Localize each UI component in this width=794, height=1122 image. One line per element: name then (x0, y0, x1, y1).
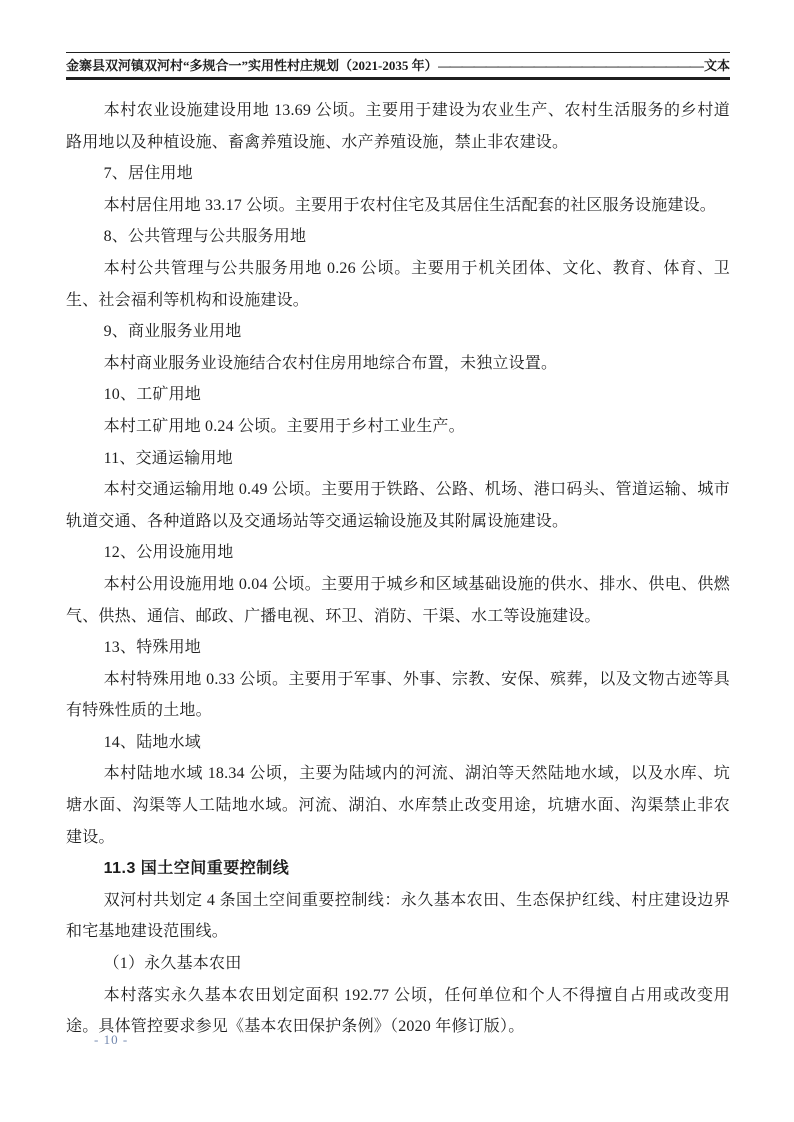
section-subhead: 12、公用设施用地 (66, 537, 730, 569)
page-number: - 10 - (94, 1032, 128, 1048)
section-subhead: 14、陆地水域 (66, 727, 730, 759)
document-body: 本村农业设施建设用地 13.69 公顷。主要用于建设为农业生产、农村生活服务的乡… (66, 95, 730, 1043)
section-subhead: 10、工矿用地 (66, 379, 730, 411)
paragraph: 双河村共划定 4 条国土空间重要控制线：永久基本农田、生态保护红线、村庄建设边界… (66, 885, 730, 948)
section-subhead: 11、交通运输用地 (66, 443, 730, 475)
paragraph: 本村公共管理与公共服务用地 0.26 公顷。主要用于机关团体、文化、教育、体育、… (66, 253, 730, 316)
document-page: 金寨县双河镇双河村“多规合一”实用性村庄规划（2021-2035 年） ————… (0, 0, 794, 1122)
section-subhead: （1）永久基本农田 (66, 948, 730, 980)
paragraph: 本村交通运输用地 0.49 公顷。主要用于铁路、公路、机场、港口码头、管道运输、… (66, 474, 730, 537)
paragraph: 本村工矿用地 0.24 公顷。主要用于乡村工业生产。 (66, 411, 730, 443)
section-subhead: 8、公共管理与公共服务用地 (66, 221, 730, 253)
paragraph: 本村商业服务业设施结合农村住房用地综合布置，未独立设置。 (66, 348, 730, 380)
paragraph: 本村居住用地 33.17 公顷。主要用于农村住宅及其居住生活配套的社区服务设施建… (66, 190, 730, 222)
header-doc-type-label: 文本 (704, 57, 730, 74)
section-subhead: 7、居住用地 (66, 158, 730, 190)
paragraph: 本村落实永久基本农田划定面积 192.77 公顷，任何单位和个人不得擅自占用或改… (66, 980, 730, 1043)
paragraph: 本村公用设施用地 0.04 公顷。主要用于城乡和区域基础设施的供水、排水、供电、… (66, 569, 730, 632)
header-dash-filler: ———————————————————————— (438, 57, 704, 74)
section-subhead: 13、特殊用地 (66, 632, 730, 664)
section-subhead: 9、商业服务业用地 (66, 316, 730, 348)
paragraph: 本村特殊用地 0.33 公顷。主要用于军事、外事、宗教、安保、殡葬，以及文物古迹… (66, 664, 730, 727)
header-title: 金寨县双河镇双河村“多规合一”实用性村庄规划（2021-2035 年） (66, 57, 438, 74)
paragraph: 本村农业设施建设用地 13.69 公顷。主要用于建设为农业生产、农村生活服务的乡… (66, 95, 730, 158)
paragraph: 本村陆地水域 18.34 公顷，主要为陆域内的河流、湖泊等天然陆地水域，以及水库… (66, 758, 730, 853)
page-header: 金寨县双河镇双河村“多规合一”实用性村庄规划（2021-2035 年） ————… (66, 52, 730, 80)
section-heading: 11.3 国土空间重要控制线 (66, 853, 730, 885)
